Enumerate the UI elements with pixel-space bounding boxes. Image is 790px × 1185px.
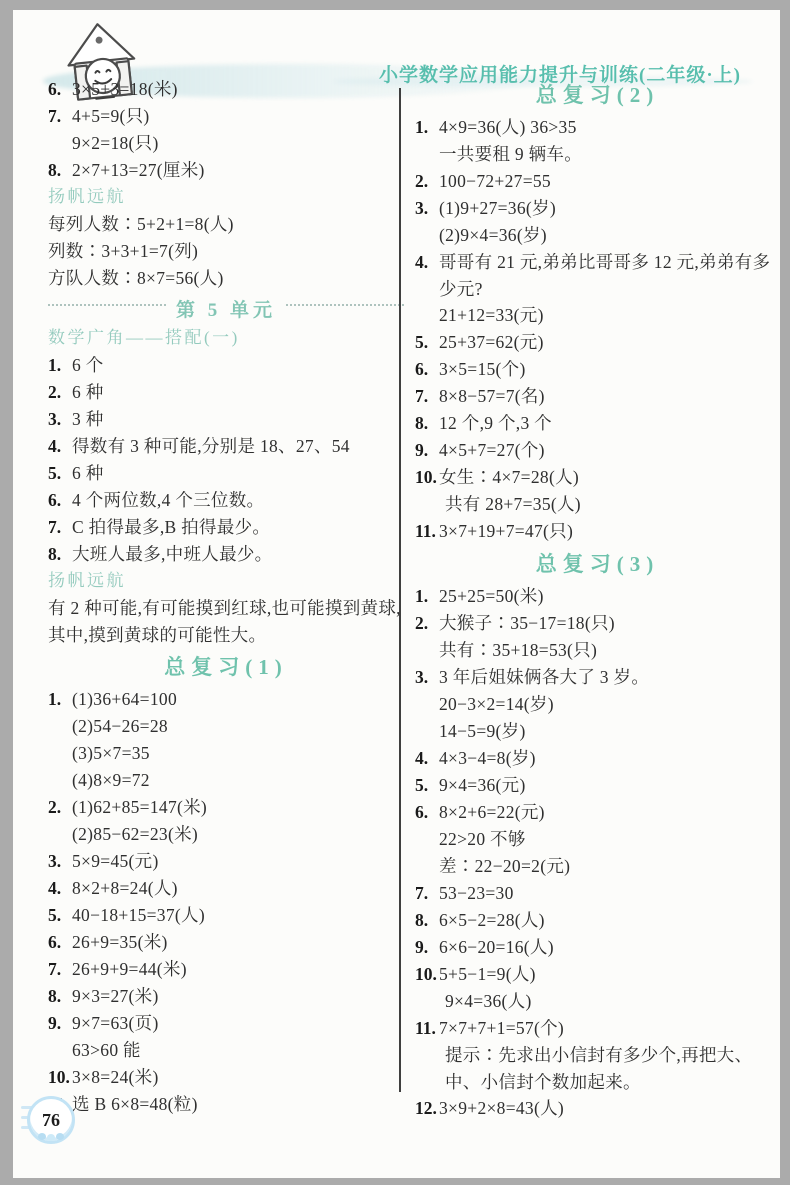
item-number: 8.: [48, 541, 72, 568]
answer-line: 10.5+5−1=9(人): [415, 961, 780, 988]
page-number: 76: [27, 1096, 75, 1144]
answer-line: 2.6 种: [48, 379, 404, 406]
answer-line: 1.25+25=50(米): [415, 583, 780, 610]
answer-line: 9.6×6−20=16(人): [415, 934, 780, 961]
item-number: 3.: [48, 848, 72, 875]
answer-text: 5+5−1=9(人): [439, 961, 780, 988]
answer-text: 提示∶先求出小信封有多少个,再把大、中、小信封个数加起来。: [445, 1042, 780, 1095]
item-number: 2.: [48, 794, 72, 821]
book-page: 小学数学应用能力提升与训练(二年级·上) 6.3×5+3=18(米)7.4+5=…: [13, 10, 780, 1178]
answer-text: (2)85−62=23(米): [72, 821, 404, 848]
item-number: 11.: [415, 518, 439, 545]
item-number: 4.: [48, 875, 72, 902]
answer-line: 5.40−18+15=37(人): [48, 902, 404, 929]
item-number: 9.: [415, 934, 439, 961]
item-number: 12.: [415, 1095, 439, 1122]
answer-line: 3.3 种: [48, 406, 404, 433]
answer-text: 4×9=36(人) 36>35: [439, 114, 780, 141]
column-divider: [399, 88, 401, 1092]
answer-line: 12.3×9+2×8=43(人): [415, 1095, 780, 1122]
answer-text: 12 个,9 个,3 个: [439, 410, 780, 437]
answer-line: 每列人数∶5+2+1=8(人): [48, 211, 404, 238]
answer-line: 4.得数有 3 种可能,分别是 18、27、54: [48, 433, 404, 460]
item-number: 5.: [48, 902, 72, 929]
section-heading: 总复习(2): [415, 79, 780, 112]
item-number: 1.: [415, 114, 439, 141]
divider-dots: [48, 304, 166, 306]
answer-text: 3 种: [72, 406, 404, 433]
answer-text: 9×4=36(人): [445, 988, 780, 1015]
answer-line: 14−5=9(岁): [415, 718, 780, 745]
left-column: 6.3×5+3=18(米)7.4+5=9(只)9×2=18(只)8.2×7+13…: [48, 76, 404, 1118]
answer-text: 8×2+6=22(元): [439, 799, 780, 826]
answer-text: 哥哥有 21 元,弟弟比哥哥多 12 元,弟弟有多少元?: [439, 249, 780, 302]
answer-text: 共有∶35+18=53(只): [439, 637, 780, 664]
right-column: 总复习(2)1.4×9=36(人) 36>35一共要租 9 辆车。2.100−7…: [415, 76, 780, 1122]
answer-text: 6 个: [72, 352, 404, 379]
answer-text: 差∶22−20=2(元): [439, 853, 780, 880]
answer-line: 8.大班人最多,中班人最少。: [48, 541, 404, 568]
item-number: 1.: [48, 686, 72, 713]
answer-line: 共有 28+7=35(人): [415, 491, 780, 518]
item-number: 7.: [415, 383, 439, 410]
sub-section-heading: 数学广角——搭配(一): [48, 325, 404, 352]
answer-line: 2.大猴子∶35−17=18(只): [415, 610, 780, 637]
answer-line: 7.26+9+9=44(米): [48, 956, 404, 983]
item-number: 7.: [48, 103, 72, 130]
item-number: 7.: [48, 956, 72, 983]
item-number: 4.: [415, 745, 439, 772]
answer-line: 共有∶35+18=53(只): [415, 637, 780, 664]
item-number: 6.: [415, 356, 439, 383]
answer-line: 6.3×5+3=18(米): [48, 76, 404, 103]
answer-text: 方队人数∶8×7=56(人): [48, 265, 404, 292]
section-heading: 总复习(1): [48, 651, 404, 684]
section-heading: 总复习(3): [415, 548, 780, 581]
answer-line: 21+12=33(元): [415, 302, 780, 329]
answer-text: 25+37=62(元): [439, 329, 780, 356]
answer-line: 3.(1)9+27=36(岁): [415, 195, 780, 222]
answer-line: 7.8×8−57=7(名): [415, 383, 780, 410]
answer-line: 一共要租 9 辆车。: [415, 141, 780, 168]
item-number: 10.: [415, 961, 439, 988]
answer-text: 3×7+19+7=47(只): [439, 518, 780, 545]
unit-divider-label: 第 5 单元: [166, 295, 286, 322]
item-number: 3.: [48, 406, 72, 433]
answer-line: 7.53−23=30: [415, 880, 780, 907]
answer-text: (1)9+27=36(岁): [439, 195, 780, 222]
sub-section-heading: 扬帆远航: [48, 184, 404, 211]
answer-text: 3×5=15(个): [439, 356, 780, 383]
answer-text: 100−72+27=55: [439, 168, 780, 195]
answer-line: 5.25+37=62(元): [415, 329, 780, 356]
item-number: 10.: [415, 464, 439, 491]
item-number: 8.: [415, 907, 439, 934]
answer-text: 女生∶4×7=28(人): [439, 464, 780, 491]
answer-line: 63>60 能: [48, 1037, 404, 1064]
answer-line: 8.6×5−2=28(人): [415, 907, 780, 934]
item-number: 4.: [415, 249, 439, 276]
answer-text: 3 年后姐妹俩各大了 3 岁。: [439, 664, 780, 691]
answer-text: 选 B 6×8=48(粒): [72, 1091, 404, 1118]
answer-text: 7×7+7+1=57(个): [439, 1015, 780, 1042]
item-number: 6.: [48, 487, 72, 514]
answer-text: 6 种: [72, 379, 404, 406]
answer-text: 20−3×2=14(岁): [439, 691, 780, 718]
item-number: 1.: [415, 583, 439, 610]
answer-text: 大猴子∶35−17=18(只): [439, 610, 780, 637]
answer-text: 25+25=50(米): [439, 583, 780, 610]
item-number: 9.: [48, 1010, 72, 1037]
answer-text: 9×2=18(只): [72, 130, 404, 157]
answer-line: 5.6 种: [48, 460, 404, 487]
answer-line: 8.2×7+13=27(厘米): [48, 157, 404, 184]
item-number: 5.: [415, 772, 439, 799]
answer-text: 21+12=33(元): [439, 302, 780, 329]
answer-line: 7.C 拍得最多,B 拍得最少。: [48, 514, 404, 541]
item-number: 2.: [48, 379, 72, 406]
item-number: 8.: [415, 410, 439, 437]
answer-text: 26+9+9=44(米): [72, 956, 404, 983]
item-number: 7.: [415, 880, 439, 907]
answer-line: 1.4×9=36(人) 36>35: [415, 114, 780, 141]
answer-text: 9×3=27(米): [72, 983, 404, 1010]
item-number: 8.: [48, 983, 72, 1010]
answer-line: (4)8×9=72: [48, 767, 404, 794]
answer-text: (1)36+64=100: [72, 686, 404, 713]
item-number: 9.: [415, 437, 439, 464]
answer-line: (2)54−26=28: [48, 713, 404, 740]
answer-line: 20−3×2=14(岁): [415, 691, 780, 718]
answer-line: 差∶22−20=2(元): [415, 853, 780, 880]
answer-text: 列数∶3+3+1=7(列): [48, 238, 404, 265]
answer-line: 11.选 B 6×8=48(粒): [48, 1091, 404, 1118]
answer-line: (2)85−62=23(米): [48, 821, 404, 848]
answer-line: 4.8×2+8=24(人): [48, 875, 404, 902]
item-number: 5.: [48, 460, 72, 487]
item-number: 5.: [415, 329, 439, 356]
answer-text: (2)9×4=36(岁): [439, 222, 780, 249]
answer-text: 4×3−4=8(岁): [439, 745, 780, 772]
item-number: 3.: [415, 664, 439, 691]
item-number: 1.: [48, 352, 72, 379]
answer-line: 9×2=18(只): [48, 130, 404, 157]
item-number: 10.: [48, 1064, 72, 1091]
answer-line: 6.8×2+6=22(元): [415, 799, 780, 826]
answer-line: 3.3 年后姐妹俩各大了 3 岁。: [415, 664, 780, 691]
answer-line: 7.4+5=9(只): [48, 103, 404, 130]
answer-line: 4.4×3−4=8(岁): [415, 745, 780, 772]
answer-text: (2)54−26=28: [72, 713, 404, 740]
item-number: 4.: [48, 433, 72, 460]
answer-line: 6.26+9=35(米): [48, 929, 404, 956]
answer-text: 53−23=30: [439, 880, 780, 907]
answer-line: 11.3×7+19+7=47(只): [415, 518, 780, 545]
answer-line: (2)9×4=36(岁): [415, 222, 780, 249]
answer-text: (4)8×9=72: [72, 767, 404, 794]
answer-text: 40−18+15=37(人): [72, 902, 404, 929]
answer-line: 方队人数∶8×7=56(人): [48, 265, 404, 292]
item-number: 6.: [48, 929, 72, 956]
answer-text: 22>20 不够: [439, 826, 780, 853]
answer-text: 大班人最多,中班人最少。: [72, 541, 404, 568]
answer-text: 5×9=45(元): [72, 848, 404, 875]
answer-line: 1.(1)36+64=100: [48, 686, 404, 713]
answer-text: 14−5=9(岁): [439, 718, 780, 745]
answer-text: 一共要租 9 辆车。: [439, 141, 780, 168]
answer-line: 3.5×9=45(元): [48, 848, 404, 875]
answer-line: 8.12 个,9 个,3 个: [415, 410, 780, 437]
answer-text: 共有 28+7=35(人): [445, 491, 780, 518]
sub-section-heading: 扬帆远航: [48, 568, 404, 595]
answer-text: 3×8=24(米): [72, 1064, 404, 1091]
answer-line: 9.9×7=63(页): [48, 1010, 404, 1037]
answer-text: 9×4=36(元): [439, 772, 780, 799]
answer-text: 8×8−57=7(名): [439, 383, 780, 410]
answer-line: 1.6 个: [48, 352, 404, 379]
answer-line: 列数∶3+3+1=7(列): [48, 238, 404, 265]
answer-text: C 拍得最多,B 拍得最少。: [72, 514, 404, 541]
answer-text: 26+9=35(米): [72, 929, 404, 956]
answer-line: 2.100−72+27=55: [415, 168, 780, 195]
answer-text: 4 个两位数,4 个三位数。: [72, 487, 404, 514]
answer-line: 5.9×4=36(元): [415, 772, 780, 799]
answer-text: 每列人数∶5+2+1=8(人): [48, 211, 404, 238]
answer-line: 6.4 个两位数,4 个三位数。: [48, 487, 404, 514]
answer-text: 3×5+3=18(米): [72, 76, 404, 103]
answer-text: (1)62+85=147(米): [72, 794, 404, 821]
answer-paragraph: 有 2 种可能,有可能摸到红球,也可能摸到黄球,其中,摸到黄球的可能性大。: [48, 595, 404, 648]
item-number: 6.: [48, 76, 72, 103]
item-number: 6.: [415, 799, 439, 826]
answer-text: 63>60 能: [72, 1037, 404, 1064]
answer-text: 6 种: [72, 460, 404, 487]
answer-text: 6×6−20=16(人): [439, 934, 780, 961]
answer-text: 得数有 3 种可能,分别是 18、27、54: [72, 433, 404, 460]
answer-line: 8.9×3=27(米): [48, 983, 404, 1010]
answer-line: 6.3×5=15(个): [415, 356, 780, 383]
item-number: 8.: [48, 157, 72, 184]
answer-line: 22>20 不够: [415, 826, 780, 853]
item-number: 11.: [415, 1015, 439, 1042]
page-number-badge: 76: [21, 1094, 91, 1150]
item-number: 3.: [415, 195, 439, 222]
item-number: 2.: [415, 610, 439, 637]
answer-text: 4×5+7=27(个): [439, 437, 780, 464]
answer-text: 4+5=9(只): [72, 103, 404, 130]
answer-line: 10.女生∶4×7=28(人): [415, 464, 780, 491]
unit-divider: 第 5 单元: [48, 293, 404, 324]
answer-line: 11.7×7+7+1=57(个): [415, 1015, 780, 1042]
answer-text: 9×7=63(页): [72, 1010, 404, 1037]
answer-line: 提示∶先求出小信封有多少个,再把大、中、小信封个数加起来。: [415, 1042, 780, 1095]
answer-text: 8×2+8=24(人): [72, 875, 404, 902]
answer-line: 9.4×5+7=27(个): [415, 437, 780, 464]
answer-text: 3×9+2×8=43(人): [439, 1095, 780, 1122]
divider-dots: [286, 304, 404, 306]
answer-text: (3)5×7=35: [72, 740, 404, 767]
answer-line: (3)5×7=35: [48, 740, 404, 767]
answer-line: 2.(1)62+85=147(米): [48, 794, 404, 821]
answer-line: 9×4=36(人): [415, 988, 780, 1015]
answer-line: 10.3×8=24(米): [48, 1064, 404, 1091]
answer-text: 6×5−2=28(人): [439, 907, 780, 934]
item-number: 7.: [48, 514, 72, 541]
answer-line: 4.哥哥有 21 元,弟弟比哥哥多 12 元,弟弟有多少元?: [415, 249, 780, 302]
answer-text: 2×7+13=27(厘米): [72, 157, 404, 184]
item-number: 2.: [415, 168, 439, 195]
